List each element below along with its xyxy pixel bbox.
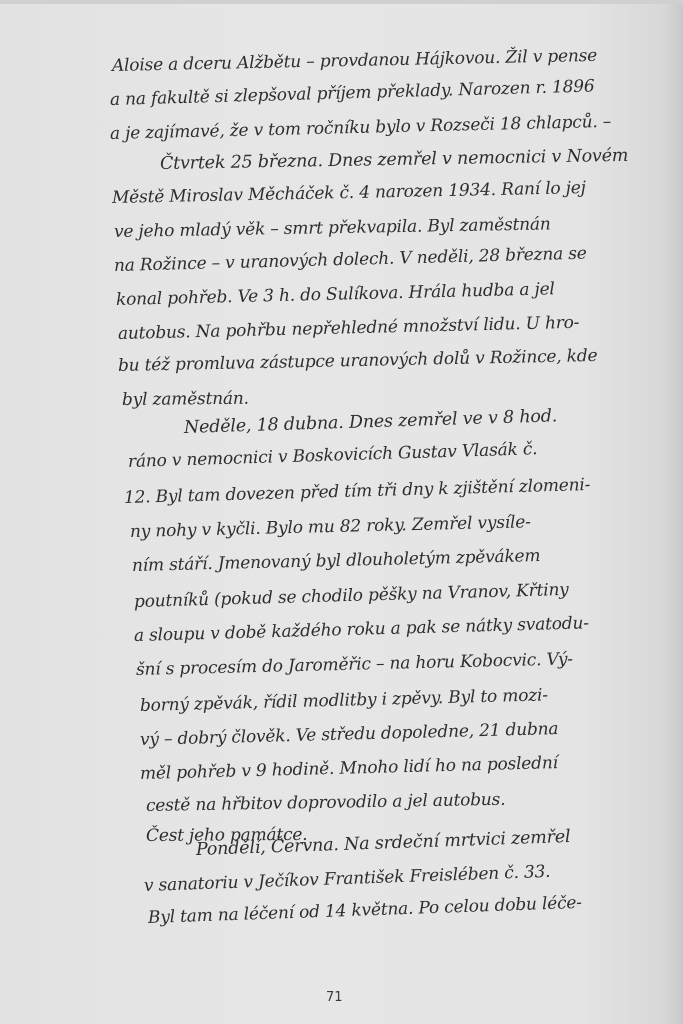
text-line: borný zpěvák, řídil modlitby i zpěvy. By…: [140, 685, 548, 716]
text-line: 12. Byl tam dovezen před tím tři dny k z…: [124, 475, 591, 508]
text-line: ním stáří. Jmenovaný byl dlouholetým zpě…: [132, 546, 541, 576]
manuscript-page: Aloise a dceru Alžbětu – provdanou Hájko…: [0, 0, 683, 1024]
text-line: v sanatoriu v Ječíkov František Freisléb…: [144, 862, 551, 896]
text-line: na Rožince – v uranových dolech. V neděl…: [114, 244, 587, 276]
entry-heading-line: Čtvrtek 25 března. Dnes zemřel v nemocni…: [160, 146, 629, 174]
text-line: ve jeho mladý věk – smrt překvapila. Byl…: [114, 214, 551, 242]
page-number: 71: [326, 990, 343, 1005]
text-line: a na fakultě si zlepšoval příjem překlad…: [110, 76, 595, 110]
text-line: měl pohřeb v 9 hodině. Mnoho lidí ho na …: [140, 753, 558, 784]
text-line: ráno v nemocnici v Boskovicích Gustav Vl…: [128, 439, 538, 472]
text-line: šní s procesím do Jaroměřic – na horu Ko…: [136, 649, 573, 680]
text-line: Aloise a dceru Alžbětu – provdanou Hájko…: [112, 46, 597, 76]
text-line: cestě na hřbitov doprovodilo a jel autob…: [146, 790, 506, 816]
text-line: ny nohy v kyčli. Bylo mu 82 roky. Zemřel…: [130, 512, 531, 542]
text-line: bu též promluva zástupce uranových dolů …: [118, 346, 598, 376]
text-line: Městě Miroslav Měcháček č. 4 narozen 193…: [112, 178, 586, 208]
text-line: autobus. Na pohřbu nepřehledné množství …: [118, 313, 580, 344]
text-line: byl zaměstnán.: [122, 389, 249, 410]
text-line: Byl tam na léčení od 14 května. Po celou…: [148, 893, 582, 928]
text-line: poutníků (pokud se chodilo pěšky na Vran…: [134, 580, 569, 612]
page-top-edge: [0, 0, 683, 4]
text-line: vý – dobrý člověk. Ve středu dopoledne, …: [140, 719, 559, 750]
text-line: konal pohřeb. Ve 3 h. do Sulíkova. Hrála…: [116, 279, 555, 310]
entry-heading-line: Neděle, 18 dubna. Dnes zemřel ve v 8 hod…: [184, 406, 558, 438]
text-line: a je zajímavé, že v tom ročníku bylo v R…: [110, 112, 612, 144]
text-line: a sloupu v době každého roku a pak se ná…: [134, 613, 589, 646]
